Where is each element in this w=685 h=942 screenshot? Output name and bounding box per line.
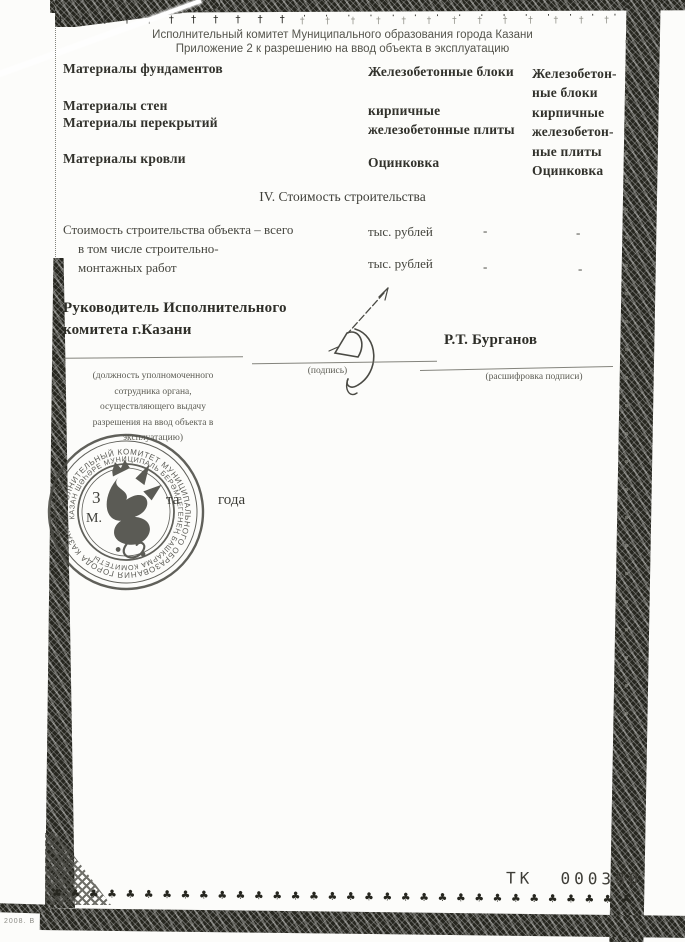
materials-column3-line: Оцинковка <box>532 161 632 180</box>
name-signature-line <box>420 366 613 371</box>
position-caption-line: сотрудника органа, <box>48 385 258 401</box>
position-caption-line: (должность уполномоченного <box>48 369 258 385</box>
materials-column3-line: железобетон- <box>532 122 632 141</box>
header-line-2: Приложение 2 к разрешению на ввод объект… <box>0 43 685 55</box>
official-round-stamp: ИСПОЛНИТЕЛЬНЫЙ КОМИТЕТ МУНИЦИПАЛЬНОГО ОБ… <box>33 419 218 604</box>
materials-column3-line: Железобетон- <box>532 64 632 83</box>
bottom-border-ornament: ♣ ♣ ♣ ♣ ♣ ♣ ♣ ♣ ♣ ♣ ♣ ♣ ♣ ♣ ♣ ♣ ♣ ♣ ♣ ♣ … <box>52 887 630 906</box>
name-caption: (расшифровка подписи) <box>455 372 613 382</box>
date-month-fragment: та <box>166 492 179 509</box>
position-caption-line: осуществляющего выдачу <box>48 400 258 416</box>
cost-row1-value2: - <box>576 225 580 241</box>
cost-row2-value1: - <box>483 259 487 275</box>
position-signature-line <box>63 356 243 359</box>
form-serial-number: ТК 000380 <box>506 869 642 889</box>
material-label-walls: Материалы стен <box>63 98 168 114</box>
signatory-position-line2: комитета г.Казани <box>63 322 192 339</box>
cost-row1-label: Стоимость строительства объекта – всего <box>63 222 293 238</box>
date-year-word: года <box>218 492 245 509</box>
material-value-foundations: Железобетонные блоки <box>368 64 514 80</box>
material-value-walls: кирпичные <box>368 103 440 119</box>
materials-column3-line: кирпичные <box>532 103 632 122</box>
signatory-name: Р.Т. Бурганов <box>444 332 537 349</box>
cost-row1-unit: тыс. рублей <box>368 224 433 240</box>
date-day-fragment: 3 <box>92 488 101 508</box>
cost-row2-unit: тыс. рублей <box>368 256 433 272</box>
bottom-border-band <box>40 908 685 938</box>
material-label-roof: Материалы кровли <box>63 151 186 167</box>
materials-column3-line: ные блоки <box>532 83 632 102</box>
material-label-floors: Материалы перекрытий <box>63 115 218 131</box>
material-value-roof: Оцинковка <box>368 155 439 171</box>
materials-column3-line: ные плиты <box>532 142 632 161</box>
left-border-dotted-line <box>55 20 56 265</box>
cost-row2-value2: - <box>578 261 582 277</box>
section-4-title: IV. Стоимость строительства <box>0 189 685 205</box>
print-run-code: 2008. В <box>4 918 35 925</box>
cost-row2-label-line2: монтажных работ <box>78 260 177 276</box>
signatory-position-line1: Руководитель Исполнительного <box>63 300 287 317</box>
material-value-floors: железобетонные плиты <box>368 122 515 138</box>
header-line-1: Исполнительный комитет Муниципального об… <box>0 29 685 41</box>
signature-caption: (подпись) <box>280 366 375 376</box>
cost-row2-label-line1: в том числе строительно- <box>78 241 219 257</box>
bottom-border-band-left <box>0 903 50 913</box>
seal-place-mark: М. <box>86 511 102 527</box>
document-page: † † † † † † † † † † † † † † † † † † † † … <box>0 0 685 942</box>
cost-row1-value1: - <box>483 223 487 239</box>
material-label-foundations: Материалы фундаментов <box>63 61 223 77</box>
handwritten-signature <box>300 284 410 402</box>
top-border-ornament-faint: † † † † † † † † † † † † † † † † † † † † … <box>300 15 620 26</box>
materials-column3: Железобетон- ные блоки кирпичные железоб… <box>532 64 632 180</box>
